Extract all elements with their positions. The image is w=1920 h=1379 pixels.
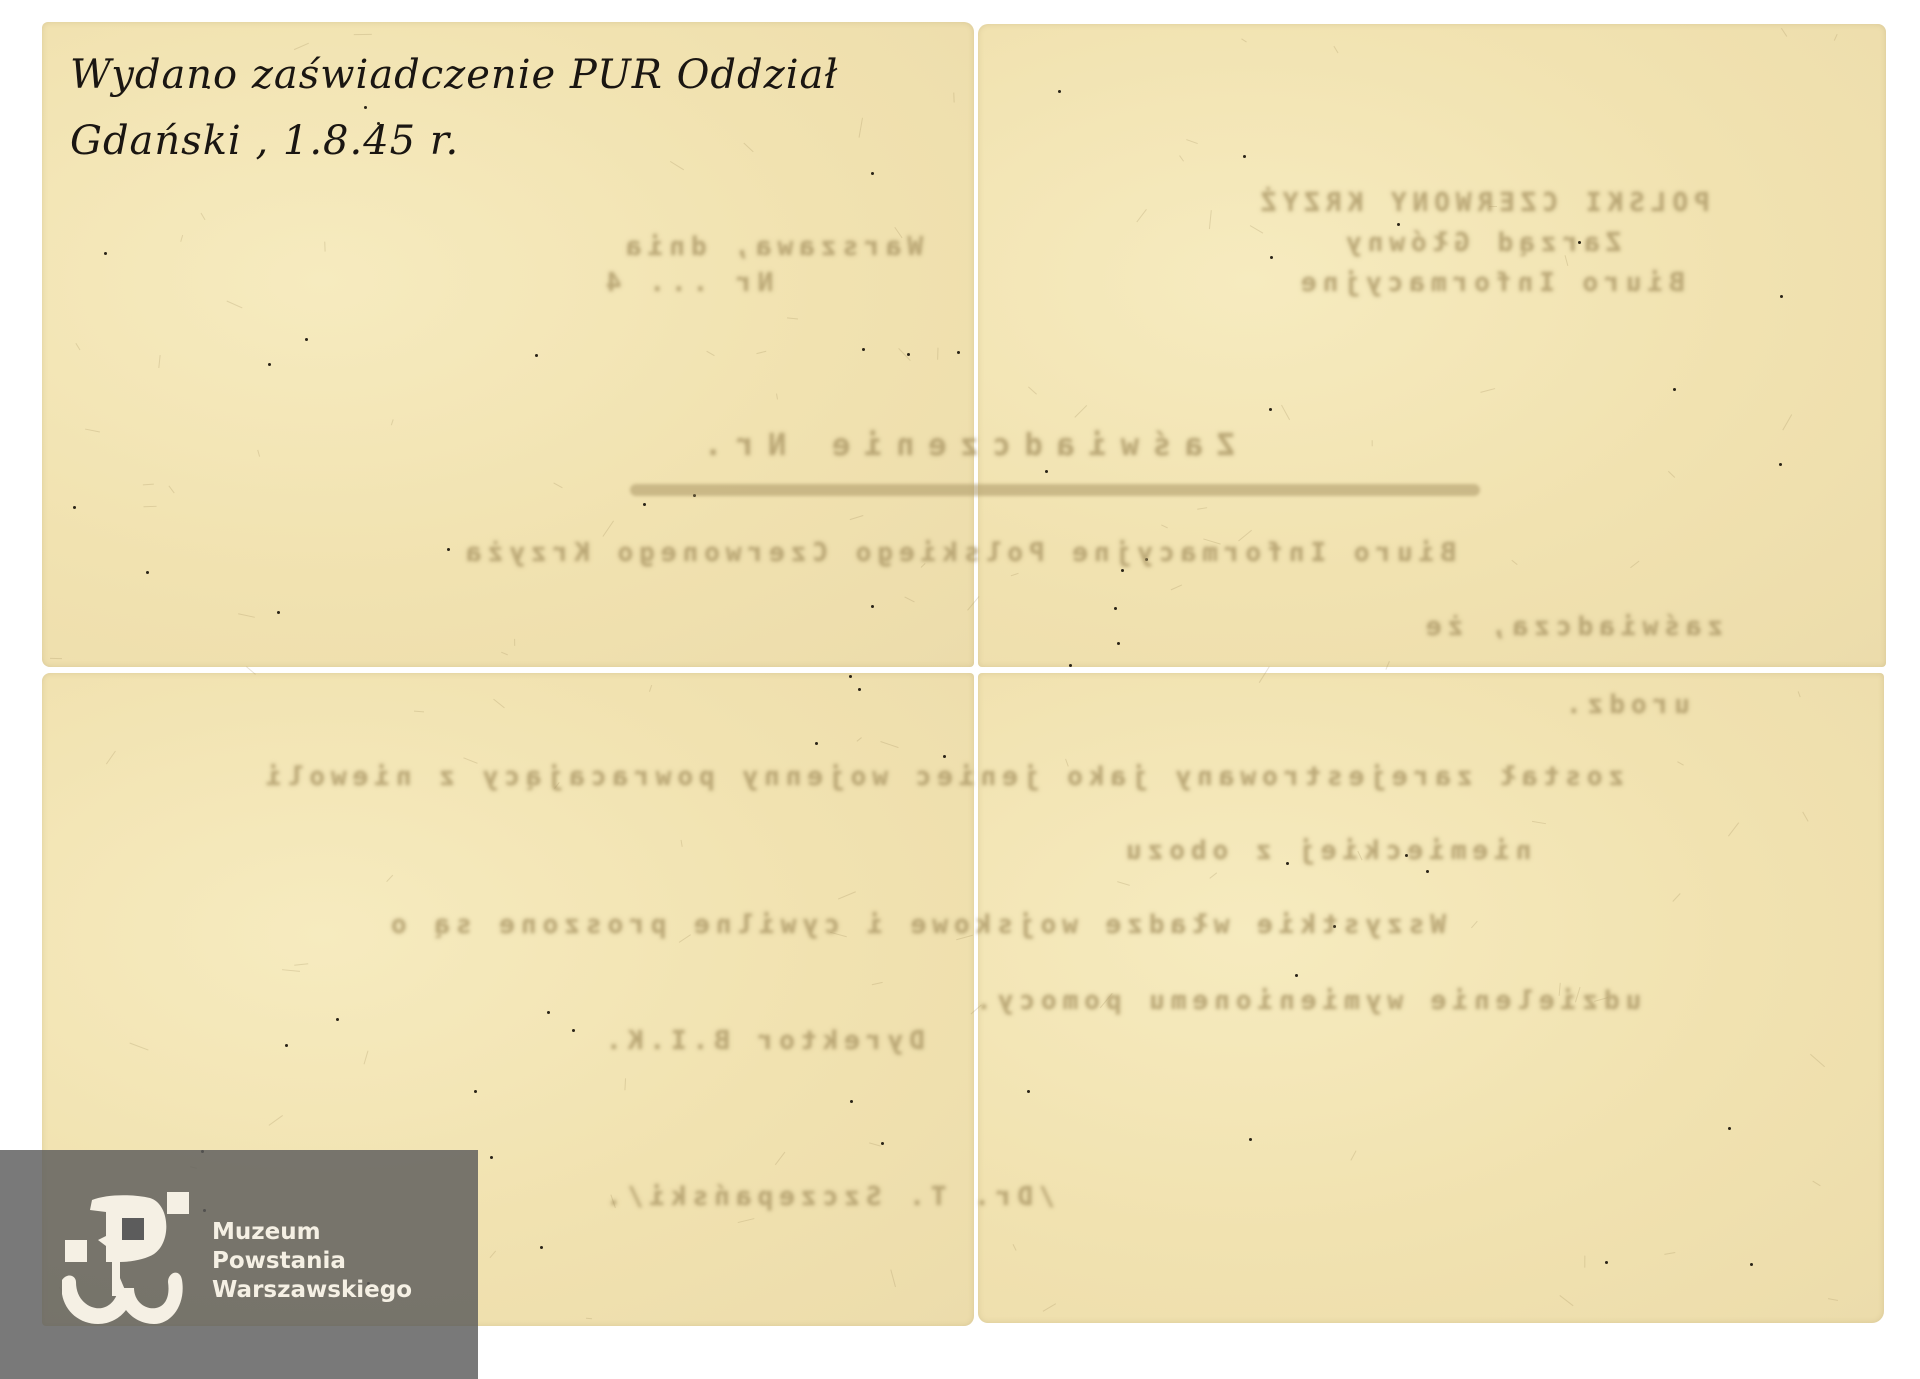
bleed-body-line-8: Dyrektor B.I.K. xyxy=(600,1026,925,1056)
handwritten-note-line-1: Wydano zaświadczenie PUR Oddział xyxy=(70,52,838,98)
kotwica-anchor-icon xyxy=(62,1192,192,1327)
bleed-title: Zaświadczenie Nr. xyxy=(690,428,1235,463)
bleed-header-left-2: Nr ... 4 xyxy=(600,268,773,298)
bleed-body-line-2: zaświadcza, że xyxy=(1420,612,1723,642)
bleed-header-right-3: Biuro Informacyjne xyxy=(1295,268,1685,298)
museum-name: Muzeum Powstania Warszawskiego xyxy=(212,1218,412,1305)
bleed-body-line-4: został zarejestrowany jako jeniec wojenn… xyxy=(260,762,1624,792)
bleed-header-right-2: Zarząd Główny xyxy=(1340,228,1622,258)
paper-panel-top-right xyxy=(978,24,1886,667)
bleed-body-line-5: niemieckiej z obozu xyxy=(1120,836,1531,866)
bleed-body-line-3: urodz. xyxy=(1560,690,1690,720)
museum-name-line-3: Warszawskiego xyxy=(212,1276,412,1305)
bleed-title-underline xyxy=(630,484,1480,496)
handwritten-note-line-2: Gdański , 1.8.45 r. xyxy=(70,118,459,164)
museum-name-line-1: Muzeum xyxy=(212,1218,412,1247)
museum-name-line-2: Powstania xyxy=(212,1247,412,1276)
museum-watermark: Muzeum Powstania Warszawskiego xyxy=(0,1150,478,1379)
bleed-header-right-1: POLSKI CZERWONY KRZYŻ xyxy=(1255,188,1710,218)
bleed-body-line-9: /Dr. T. Szczepański/. xyxy=(600,1182,1055,1212)
bleed-body-line-1: Biuro Informacyjne Polskiego Czerwonego … xyxy=(460,538,1456,568)
bleed-header-left-1: Warszawa, dnia xyxy=(620,232,923,262)
bleed-body-line-6: Wszystkie władze wojskowe i cywilne pros… xyxy=(385,910,1446,940)
bleed-body-line-7: udzielenie wymienionemu pomocy. xyxy=(970,986,1641,1016)
